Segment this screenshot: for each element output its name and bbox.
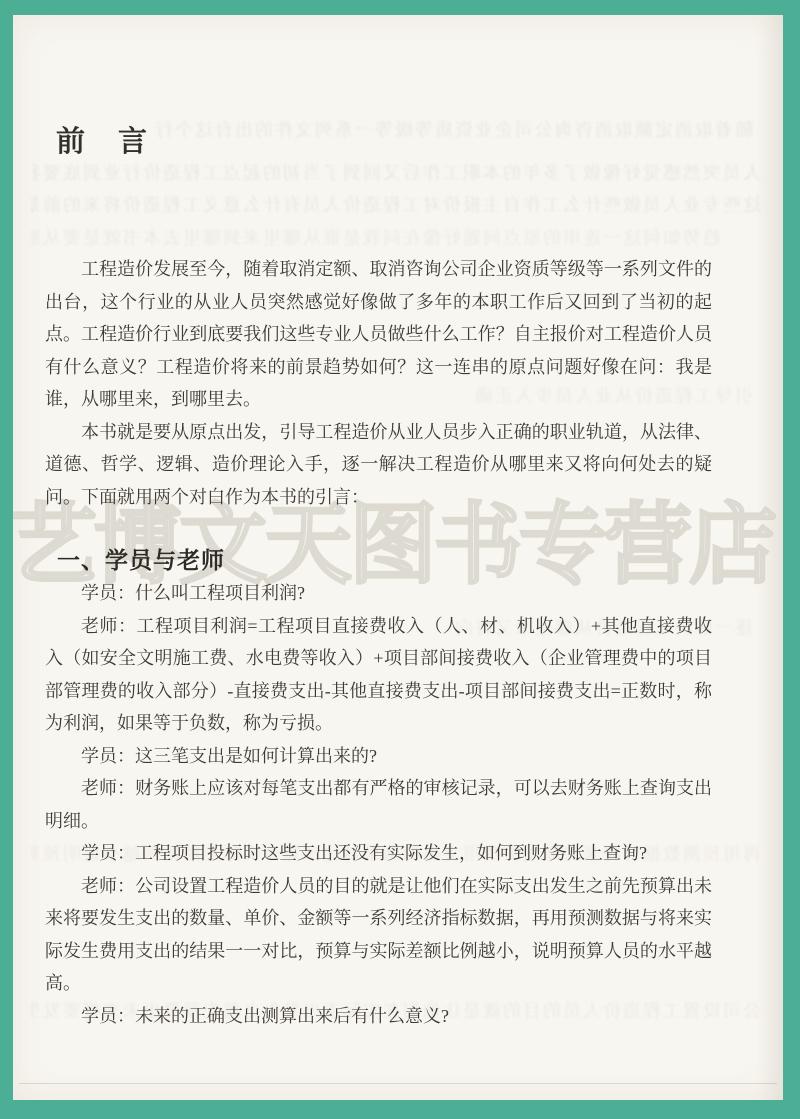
dialogue-line-student: 学员：未来的正确支出测算出来后有什么意义?: [45, 1000, 712, 1033]
dialogue-line-student: 学员：这三笔支出是如何计算出来的?: [45, 740, 712, 773]
preface-title: 前 言: [56, 15, 712, 160]
dialogue-line-teacher: 老师：财务账上应该对每笔支出都有严格的审核记录，可以去财务账上查询支出明细。: [45, 772, 712, 837]
dialogue-line-student: 学员：工程项目投标时这些支出还没有实际发生，如何到财务账上查询?: [45, 837, 712, 870]
dialogue-line-teacher: 老师：公司设置工程造价人员的目的就是让他们在实际支出发生之前先预算出未来将要发生…: [45, 870, 712, 1000]
book-page: 随着取消定额取消咨询公司企业资质等级等一系列文件的出台这个行业的从业 人员突然感…: [13, 15, 783, 1100]
product-photo-book-page: { "photo": { "frame_color": "#4cae94", "…: [0, 0, 800, 1119]
intro-paragraph: 本书就是要从原点出发，引导工程造价从业人员步入正确的职业轨道，从法律、道德、哲学…: [45, 416, 712, 514]
dialogue-line-student: 学员：什么叫工程项目利润?: [45, 577, 712, 610]
dialogue-line-teacher: 老师：工程项目利润=工程项目直接费收入（人、材、机收入）+其他直接费收入（如安全…: [45, 610, 712, 740]
section-heading: 一、学员与老师: [57, 543, 712, 577]
intro-paragraph: 工程造价发展至今，随着取消定额、取消咨询公司企业资质等级等一系列文件的出台，这个…: [45, 253, 712, 416]
page-content: 前 言 工程造价发展至今，随着取消定额、取消咨询公司企业资质等级等一系列文件的出…: [13, 15, 783, 1032]
